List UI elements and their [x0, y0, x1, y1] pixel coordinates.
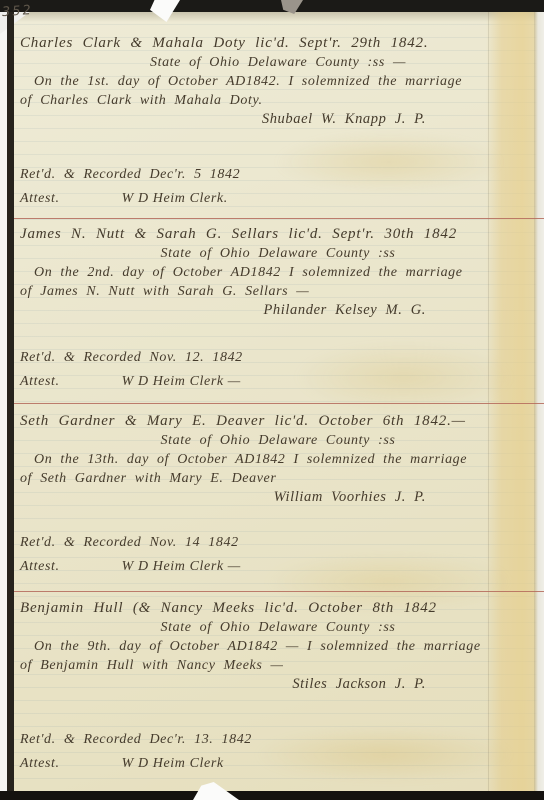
page-edge-gloss [534, 12, 544, 791]
entry-state-line: State of Ohio Delaware County :ss [20, 431, 490, 450]
officiant-signature: Philander Kelsey M. G. [20, 301, 490, 320]
scan-frame-left [7, 10, 14, 793]
entry-state-line: State of Ohio Delaware County :ss — [20, 53, 490, 72]
entry-title-line: Benjamin Hull (& Nancy Meeks lic'd. Octo… [20, 599, 490, 618]
attest-label: Attest. [20, 556, 60, 578]
entry-body-line-1: On the 13th. day of October AD1842 I sol… [20, 450, 490, 469]
attest-row: Attest. W D Heim Clerk [20, 753, 490, 775]
red-separator-rule [14, 591, 544, 592]
entry-body-line-1: On the 1st. day of October AD1842. I sol… [20, 72, 490, 91]
clerk-signature: W D Heim Clerk [122, 753, 224, 775]
recording-note: Ret'd. & Recorded Nov. 12. 1842 Attest. … [20, 348, 490, 393]
attest-label: Attest. [20, 753, 60, 775]
marriage-record-entry-1: Charles Clark & Mahala Doty lic'd. Sept'… [20, 34, 490, 210]
recording-note: Ret'd. & Recorded Dec'r. 13. 1842 Attest… [20, 730, 490, 775]
attest-label: Attest. [20, 371, 60, 393]
officiant-signature: Stiles Jackson J. P. [20, 675, 490, 694]
entry-body-line-2: of Charles Clark with Mahala Doty. [20, 91, 490, 110]
recorded-date-line: Ret'd. & Recorded Dec'r. 5 1842 [20, 165, 490, 184]
scan-frame-bottom [0, 791, 544, 800]
entry-body-line-1: On the 2nd. day of October AD1842 I sole… [20, 263, 490, 282]
entry-title-line: Seth Gardner & Mary E. Deaver lic'd. Oct… [20, 412, 490, 431]
ledger-paper: Charles Clark & Mahala Doty lic'd. Sept'… [14, 12, 544, 791]
attest-row: Attest. W D Heim Clerk — [20, 371, 490, 393]
entry-state-line: State of Ohio Delaware County :ss [20, 618, 490, 637]
officiant-signature: Shubael W. Knapp J. P. [20, 110, 490, 129]
marriage-record-entry-3: Seth Gardner & Mary E. Deaver lic'd. Oct… [20, 412, 490, 578]
entry-body-line-2: of James N. Nutt with Sarah G. Sellars — [20, 282, 490, 301]
clerk-signature: W D Heim Clerk — [122, 371, 241, 393]
scan-frame-top [0, 0, 544, 12]
recorded-date-line: Ret'd. & Recorded Nov. 12. 1842 [20, 348, 490, 367]
red-separator-rule [14, 403, 544, 404]
attest-row: Attest. W D Heim Clerk. [20, 188, 490, 210]
entry-body-line-2: of Seth Gardner with Mary E. Deaver [20, 469, 490, 488]
marriage-record-entry-4: Benjamin Hull (& Nancy Meeks lic'd. Octo… [20, 599, 490, 775]
marriage-record-entry-2: James N. Nutt & Sarah G. Sellars lic'd. … [20, 225, 490, 393]
recorded-date-line: Ret'd. & Recorded Dec'r. 13. 1842 [20, 730, 490, 749]
scanned-ledger-page: Charles Clark & Mahala Doty lic'd. Sept'… [0, 0, 544, 800]
red-separator-rule [14, 218, 544, 219]
entry-state-line: State of Ohio Delaware County :ss [20, 244, 490, 263]
entry-body-line-2: of Benjamin Hull with Nancy Meeks — [20, 656, 490, 675]
clerk-signature: W D Heim Clerk — [122, 556, 241, 578]
pencil-page-number: 352 [2, 3, 34, 20]
clerk-signature: W D Heim Clerk. [122, 188, 228, 210]
age-stain-band [486, 12, 538, 791]
attest-label: Attest. [20, 188, 60, 210]
entry-body-line-1: On the 9th. day of October AD1842 — I so… [20, 637, 490, 656]
entry-title-line: James N. Nutt & Sarah G. Sellars lic'd. … [20, 225, 490, 244]
recording-note: Ret'd. & Recorded Nov. 14 1842 Attest. W… [20, 533, 490, 578]
officiant-signature: William Voorhies J. P. [20, 488, 490, 507]
recording-note: Ret'd. & Recorded Dec'r. 5 1842 Attest. … [20, 165, 490, 210]
entry-title-line: Charles Clark & Mahala Doty lic'd. Sept'… [20, 34, 490, 53]
attest-row: Attest. W D Heim Clerk — [20, 556, 490, 578]
recorded-date-line: Ret'd. & Recorded Nov. 14 1842 [20, 533, 490, 552]
